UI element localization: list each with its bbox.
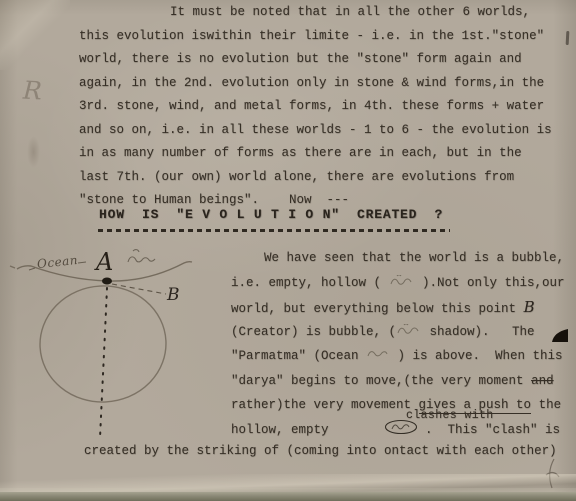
- text-line: hollow, empty . This "clash" is: [231, 418, 565, 443]
- text-line: last 7th. (our own) world alone, there a…: [79, 166, 552, 190]
- urdu-script-annotation-icon: [366, 348, 390, 361]
- text-segment: (Creator) is bubble, (: [231, 325, 396, 339]
- diagram-label-a: A: [94, 248, 113, 276]
- text-segment: world, but everything below this point: [231, 302, 524, 316]
- text-line: and so on, i.e. in all these worlds - 1 …: [79, 119, 552, 143]
- urdu-script-annotation-icon: [128, 250, 155, 262]
- urdu-script-annotation-icon: [396, 324, 422, 337]
- text-segment: i.e. empty, hollow (: [231, 276, 389, 290]
- section-heading: HOW IS "E V O L U T I O N" CREATED ?: [99, 207, 443, 222]
- text-line: i.e. empty, hollow ( ).Not only this,our: [231, 271, 565, 296]
- diagram-label-b: B: [166, 285, 180, 305]
- paragraph-1: It must be noted that in all the other 6…: [79, 1, 552, 213]
- bubble-circle: [37, 283, 169, 405]
- text-line: "darya" begins to move,(the very moment …: [231, 369, 565, 394]
- text-segment: hollow, empty: [231, 423, 329, 437]
- edge-mark: [566, 31, 570, 45]
- handwritten-b-label: B: [524, 298, 535, 316]
- text-line: rather)the very movement gives a push to…: [231, 393, 565, 418]
- bubble-world-sketch: A B Ocean: [8, 244, 228, 454]
- text-line: in as many number of forms as there are …: [79, 142, 552, 166]
- text-line: 3rd. stone, wind, and metal forms, in 4t…: [79, 95, 552, 119]
- text-segment: . This "clash" is: [418, 423, 561, 437]
- pencil-smudge: [27, 136, 40, 168]
- text-line: this evolution iswithin their limite - i…: [79, 25, 552, 49]
- text-segment: ) is above. When this: [390, 349, 563, 363]
- paper-bottom-edge: [0, 492, 576, 501]
- urdu-script-annotation-icon: [389, 275, 415, 288]
- text-line: world, but everything below this point B: [231, 295, 565, 320]
- diagram-label-ocean: Ocean: [36, 253, 78, 271]
- scanned-typewritten-page: It must be noted that in all the other 6…: [0, 0, 576, 501]
- ink-blot: [551, 329, 569, 343]
- heading-dashed-underline: [98, 229, 450, 232]
- text-segment: the: [531, 398, 561, 412]
- struck-word: and: [531, 374, 554, 388]
- text-segment: shadow). The: [422, 325, 535, 339]
- paragraph-2: We have seen that the world is a bubble,…: [231, 246, 565, 442]
- interlinear-insertion: clashes with: [406, 409, 494, 422]
- ocean-surface-arc: [10, 266, 15, 268]
- text-line: (Creator) is bubble, ( shadow). The: [231, 320, 565, 345]
- text-segment: "darya" begins to move,(the very moment: [231, 374, 531, 388]
- text-line: again, in the 2nd. evolution only in sto…: [79, 72, 552, 96]
- margin-note-r: R: [22, 76, 42, 106]
- paper-fold-top-left: [0, 0, 70, 70]
- text-line: "Parmatma" (Ocean ) is above. When this: [231, 344, 565, 369]
- text-segment: "Parmatma" (Ocean: [231, 349, 366, 363]
- text-line: world, there is no evolution but the "st…: [79, 48, 552, 72]
- closing-line: created by the striking of (coming into …: [84, 444, 557, 458]
- text-line: We have seen that the world is a bubble,: [231, 246, 565, 271]
- dotted-axis-line: [100, 288, 107, 438]
- dashed-line-to-b: [112, 284, 166, 294]
- text-line: It must be noted that in all the other 6…: [79, 1, 552, 25]
- contact-point-dot: [102, 278, 112, 285]
- text-segment: rather)the very movement: [231, 398, 419, 412]
- text-segment: ).Not only this,our: [415, 276, 565, 290]
